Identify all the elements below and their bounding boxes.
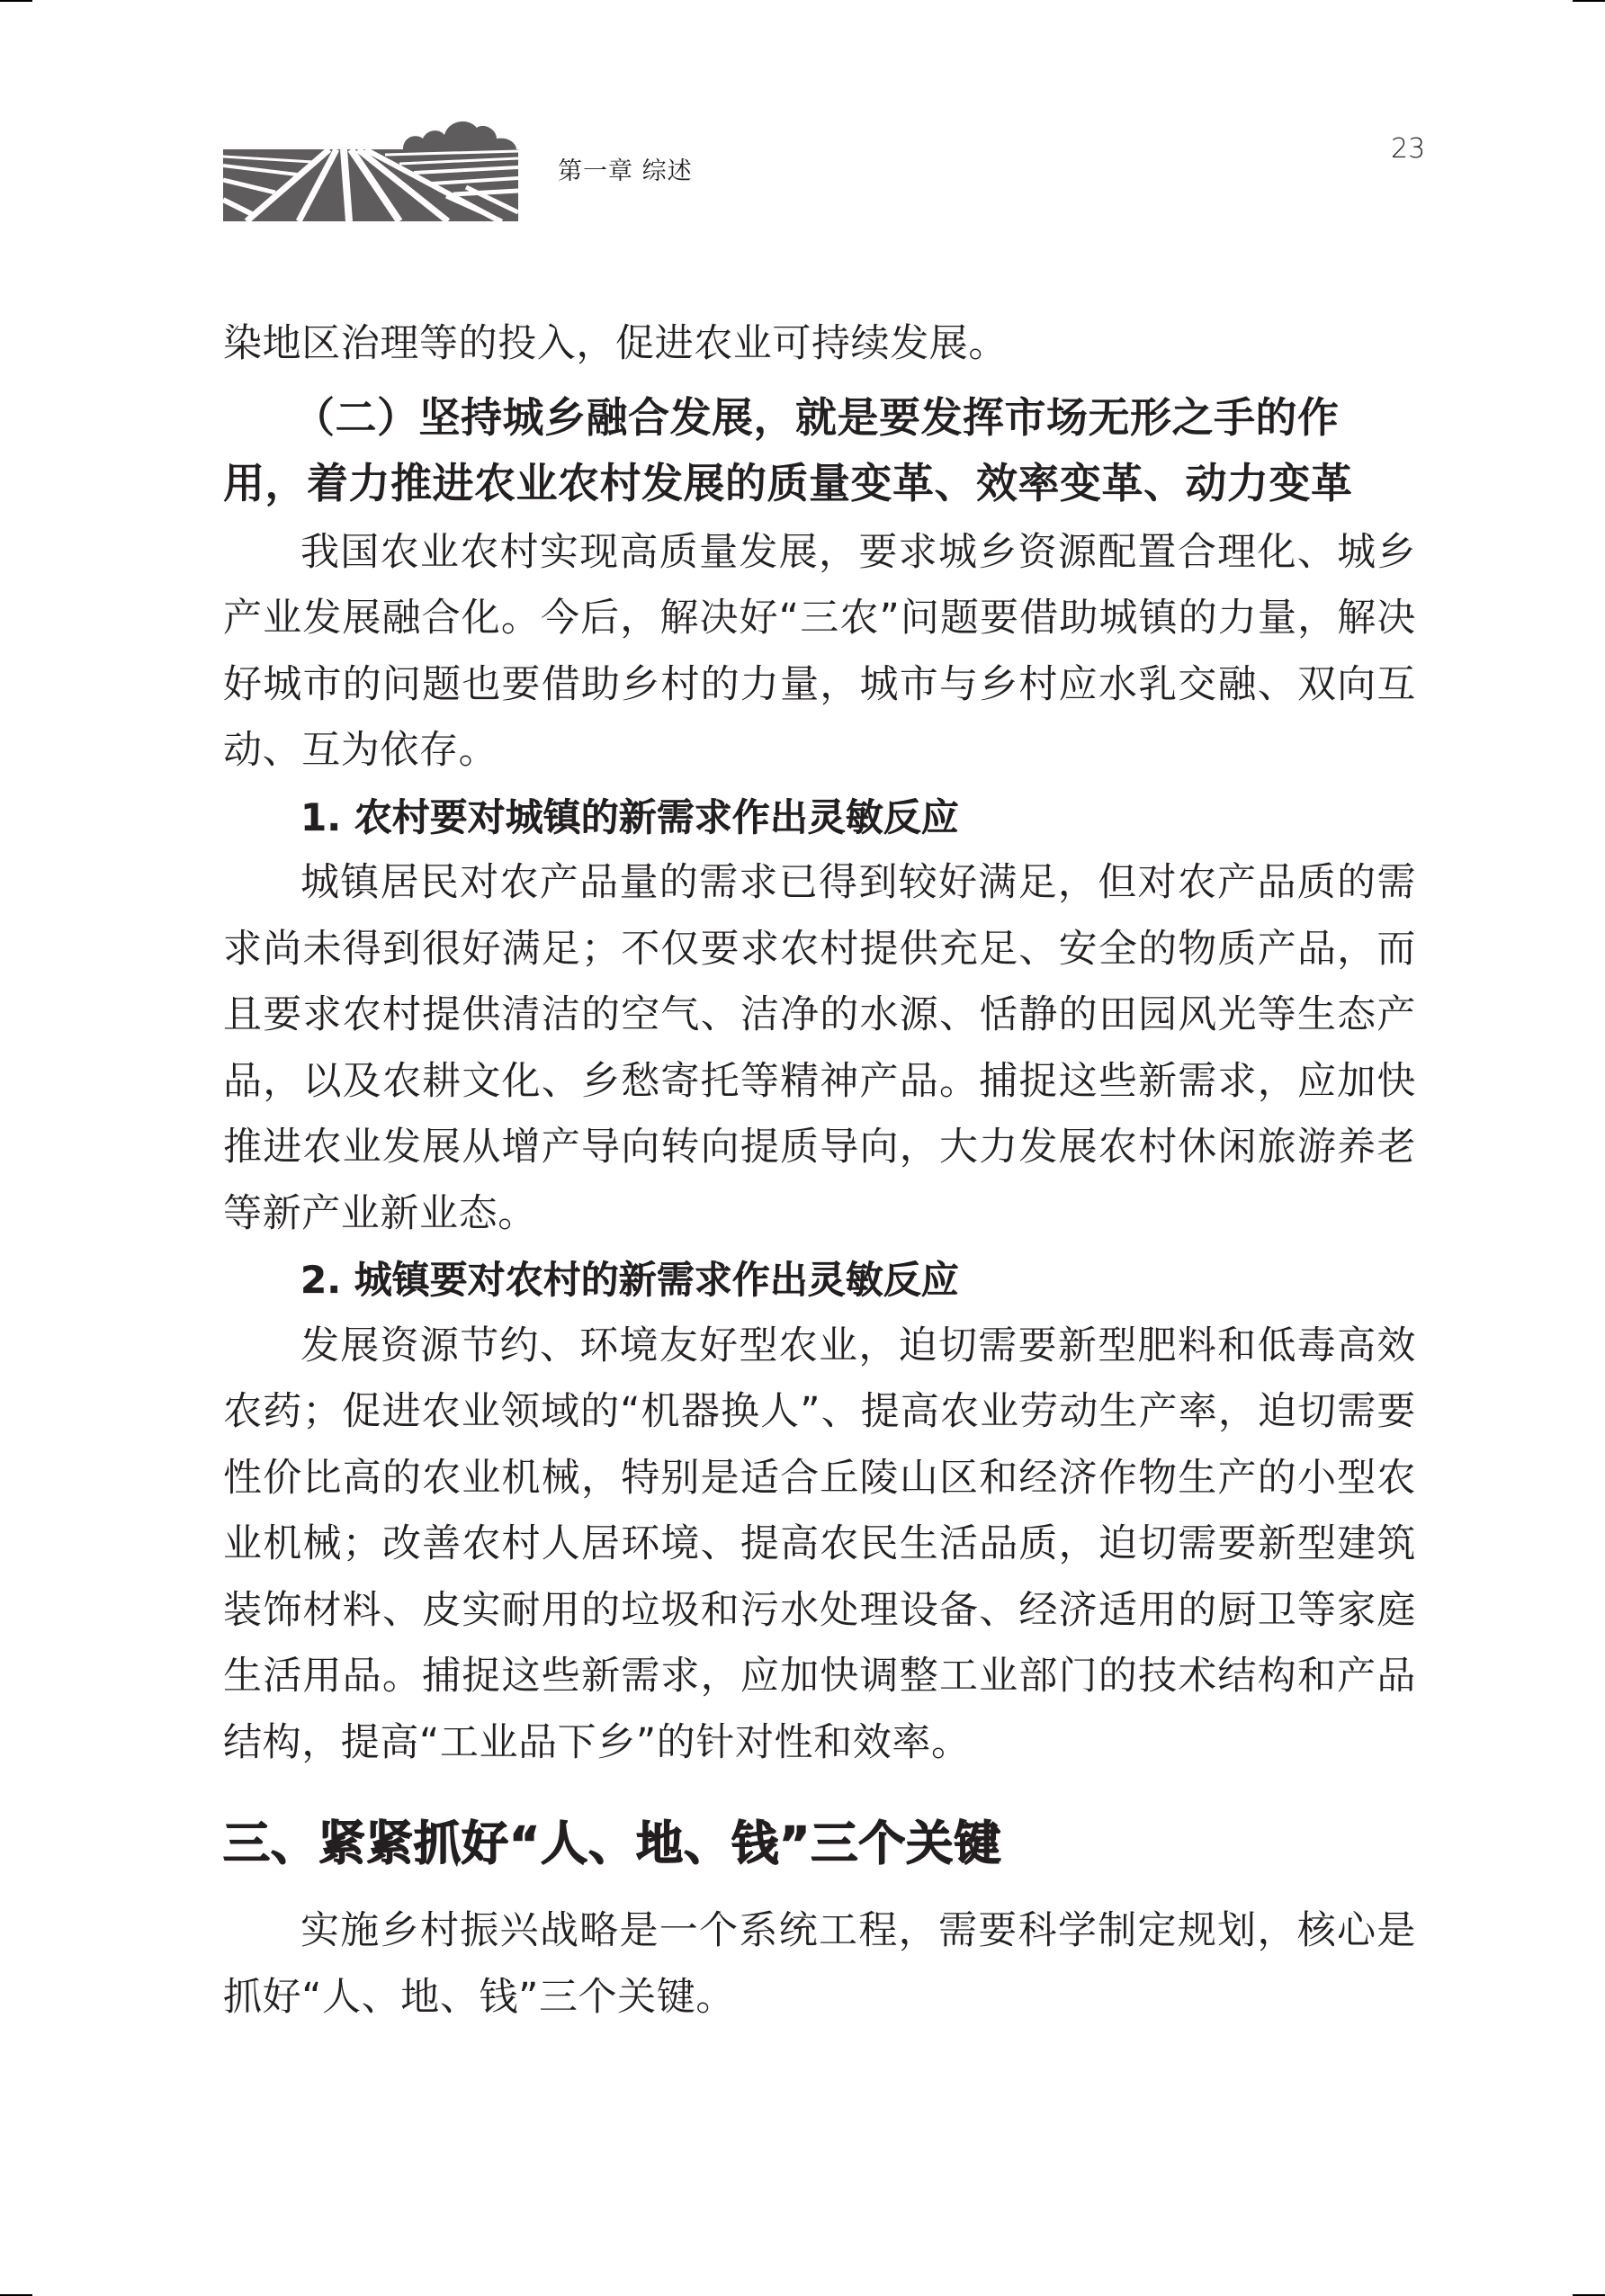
continuation-paragraph: 染地区治理等的投入，促进农业可持续发展。 — [223, 311, 1416, 378]
page-number: 23 — [1391, 133, 1425, 165]
section-three-intro-paragraph: 实施乡村振兴战略是一个系统工程，需要科学制定规划，核心是抓好“人、地、钱”三个关… — [223, 1898, 1416, 2031]
subsection-one-paragraph: 城镇居民对农产品量的需求已得到较好满足，但对农产品质的需求尚未得到很好满足；不仅… — [223, 850, 1416, 1247]
page-body: 染地区治理等的投入，促进农业可持续发展。 （二）坚持城乡融合发展，就是要发挥市场… — [223, 311, 1416, 2031]
section-three-heading: 三、紧紧抓好“人、地、钱”三个关键 — [223, 1803, 1416, 1886]
running-header: 第一章 综述 23 — [223, 115, 1429, 223]
subsection-two-paragraph: 发展资源节约、环境友好型农业，迫切需要新型肥料和低毒高效农药；促进农业领域的“机… — [223, 1314, 1416, 1777]
chapter-title: 第一章 综述 — [558, 151, 693, 186]
subsection-one-heading: 1. 农村要对城镇的新需求作出灵敏反应 — [223, 785, 1416, 851]
subsection-two-heading: 2. 城镇要对农村的新需求作出灵敏反应 — [223, 1247, 1416, 1314]
farm-field-with-cloud-icon — [223, 115, 518, 221]
crop-mark-top-right — [1573, 0, 1605, 2]
crop-mark-top-left — [0, 0, 32, 2]
section-two-intro-paragraph: 我国农业农村实现高质量发展，要求城乡资源配置合理化、城乡产业发展融合化。今后，解… — [223, 520, 1416, 785]
section-two-heading: （二）坚持城乡融合发展，就是要发挥市场无形之手的作用，着力推进农业农村发展的质量… — [223, 385, 1416, 516]
